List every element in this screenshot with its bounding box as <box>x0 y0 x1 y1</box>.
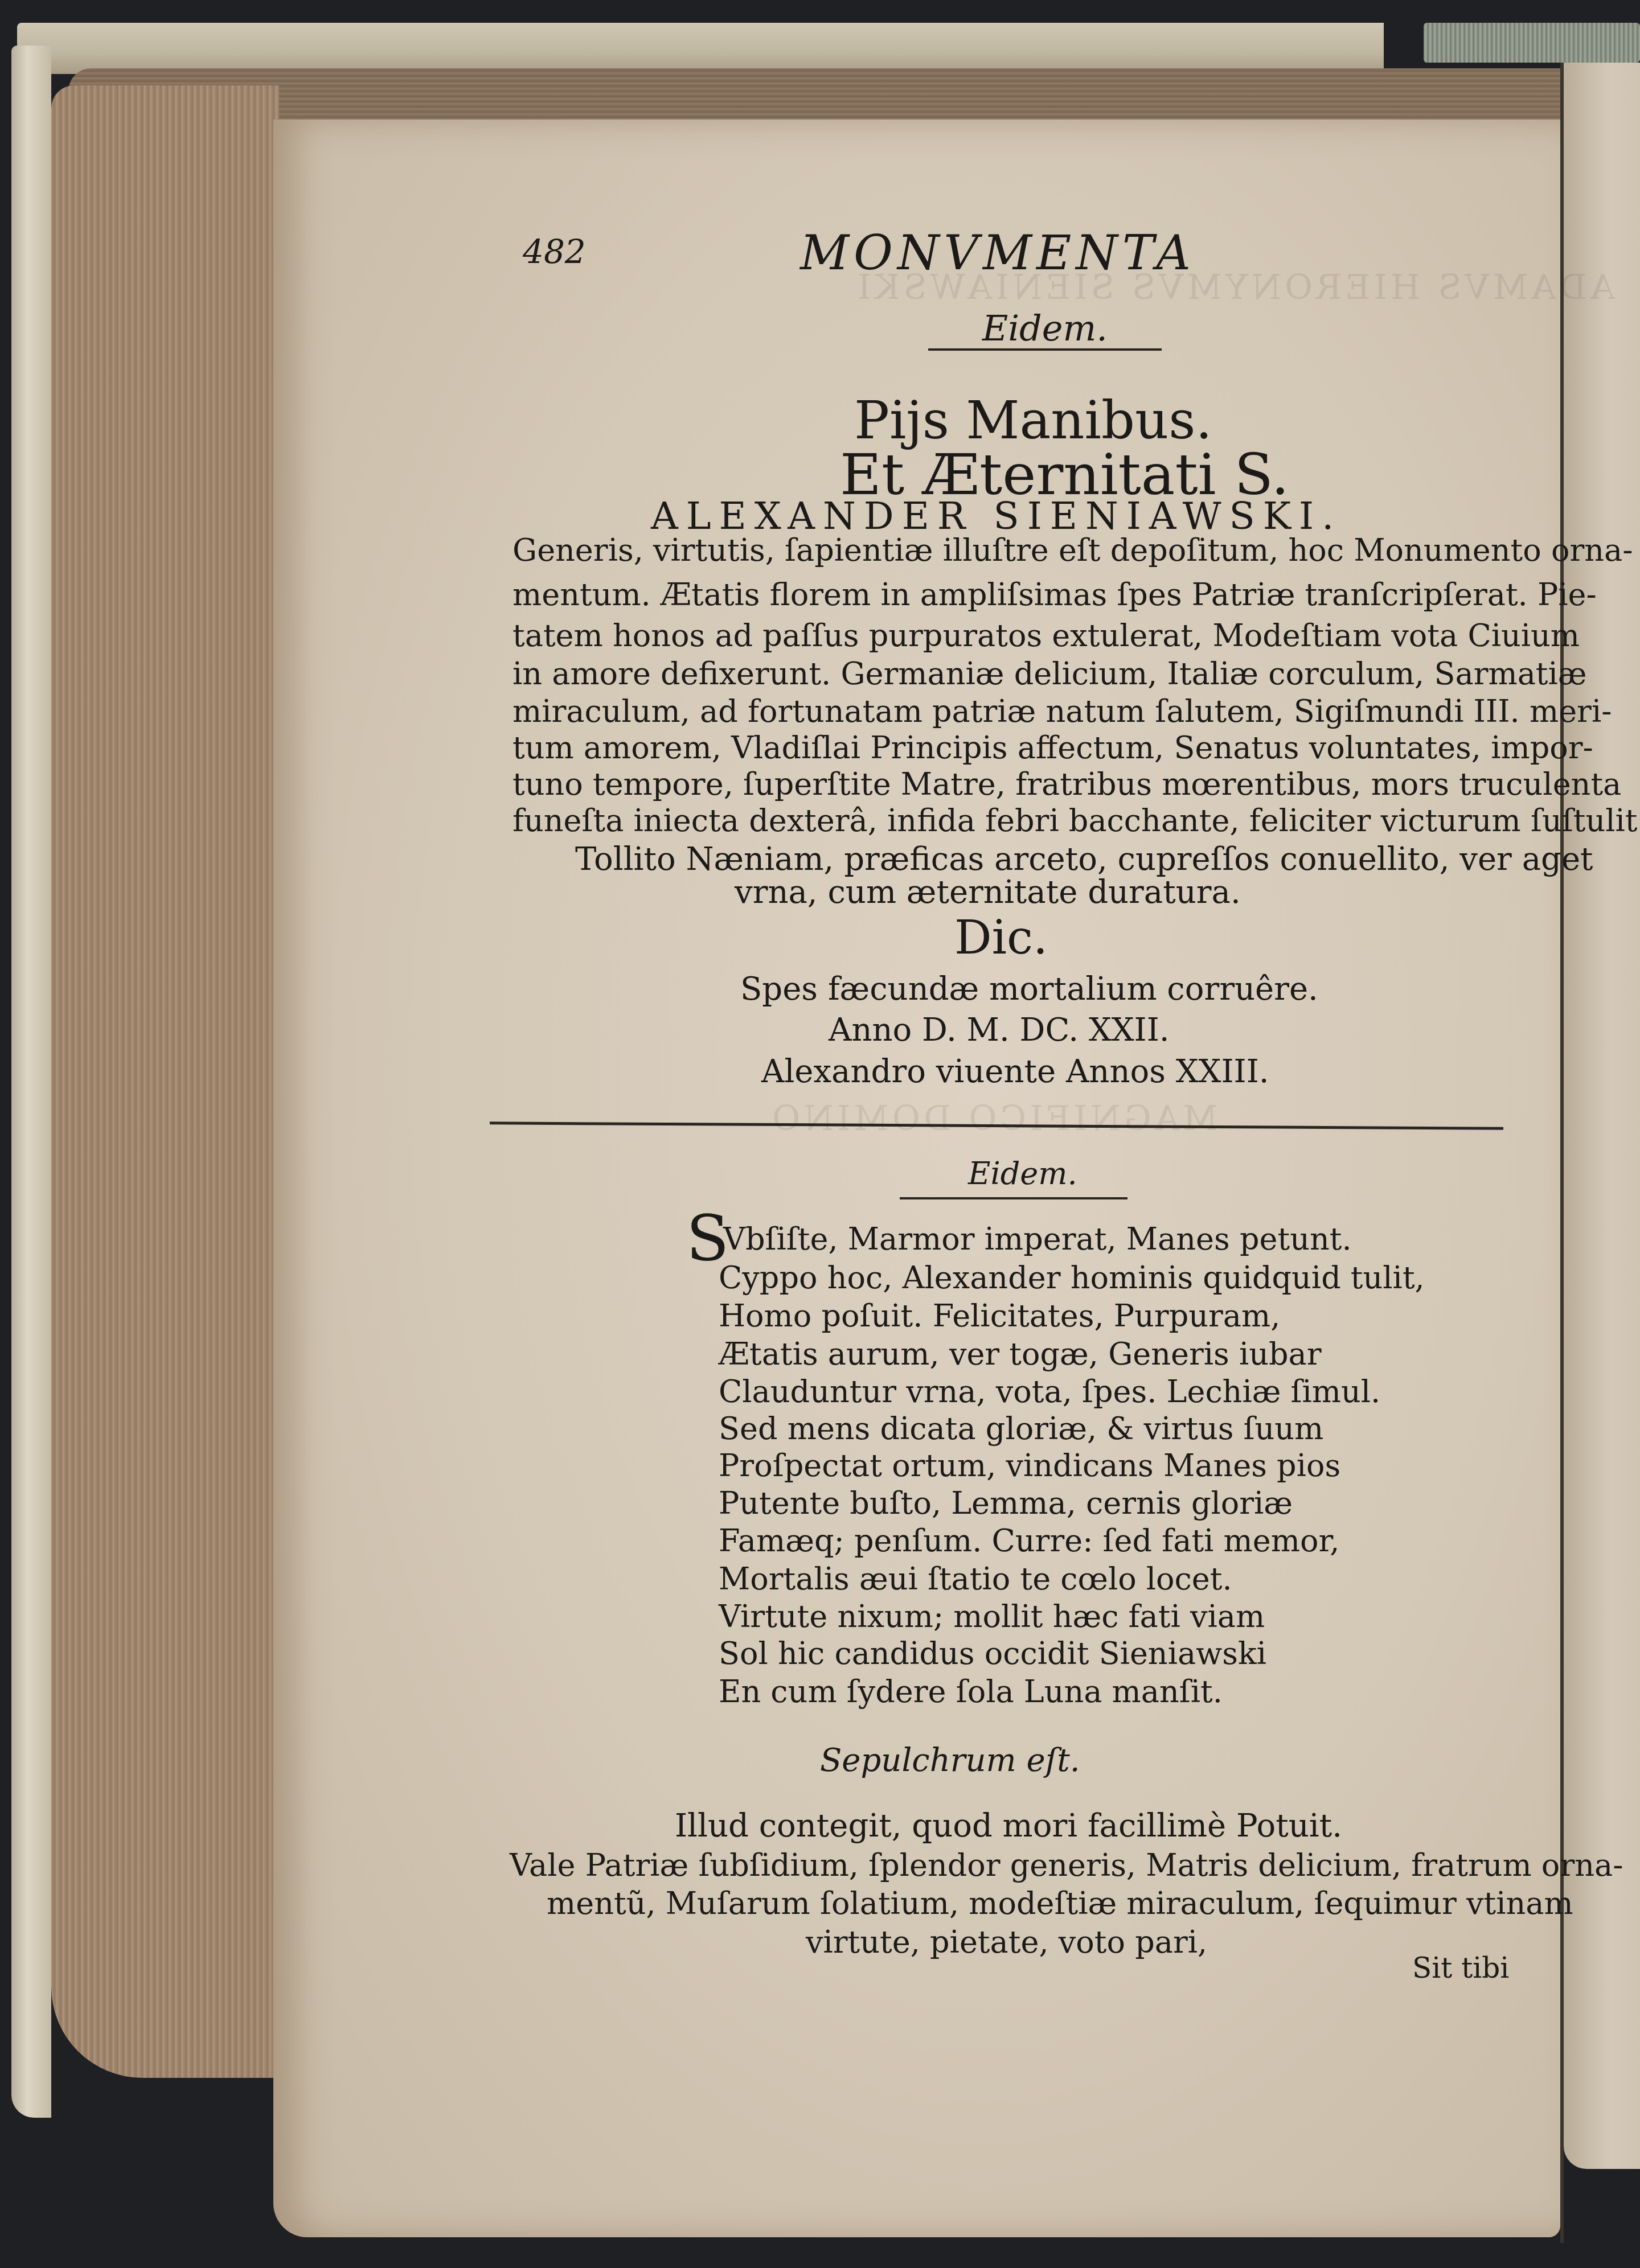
page-edges-left <box>51 85 279 2078</box>
section-heading: Eidem. <box>968 1156 1077 1191</box>
section-heading: Sepulchrum eſt. <box>820 1742 1080 1779</box>
closing-line: Spes fæcundæ mortalium corruêre. <box>740 971 1318 1008</box>
verse-line: Ætatis aurum, ver togæ, Generis iubar <box>719 1336 1322 1372</box>
prose-line: mentum. Ætatis florem in ampliſsimas ſpe… <box>512 577 1597 613</box>
verse-line: Mortalis æui ſtatio te cœlo locet. <box>719 1561 1232 1597</box>
verse-line: Cyppo hoc, Alexander hominis quidquid tu… <box>719 1260 1425 1296</box>
verse-line: Clauduntur vrna, vota, ſpes. Lechiæ ſimu… <box>719 1374 1380 1410</box>
vellum-cover-top <box>17 23 1384 74</box>
closing-line: Anno D. M. DC. XXII. <box>829 1012 1170 1049</box>
show-through-text: MAGNIFICO DOMINO <box>769 1099 1218 1139</box>
verse-line: En cum ſydere ſola Luna manſit. <box>719 1674 1223 1710</box>
vellum-cover-spine-edge <box>11 46 51 2118</box>
prose-line: Vale Patriæ ſubſidium, ſplendor generis,… <box>510 1847 1623 1883</box>
verse-line: Famæq; penſum. Curre: ſed fati memor, <box>719 1523 1339 1559</box>
page-edges-top <box>68 68 1606 125</box>
section-heading: Eidem. <box>982 307 1108 349</box>
prose-line: in amore defixerunt. Germaniæ delicium, … <box>512 656 1587 692</box>
verse-line: Putente buſto, Lemma, cernis gloriæ <box>719 1485 1293 1521</box>
heading-rule <box>900 1197 1127 1199</box>
verse-line: Sed mens dicata gloriæ, & virtus ſuum <box>719 1411 1323 1447</box>
page-number: 482 <box>523 232 586 271</box>
closing-line: Alexandro viuente Annos XXIII. <box>761 1053 1269 1090</box>
running-head: MONVMENTA <box>800 225 1195 281</box>
prose-line: Illud contegit, quod mori facillimè Potu… <box>675 1807 1342 1844</box>
verse-line: Sol hic candidus occidit Sieniawski <box>719 1636 1266 1671</box>
heading-rule <box>928 348 1162 351</box>
centered-line: vrna, cum æternitate duratura. <box>735 874 1241 911</box>
prose-line: mentũ, Muſarum ſolatium, modeſtiæ miracu… <box>547 1885 1573 1921</box>
prose-line: tum amorem, Vladiſlai Principis affectum… <box>512 730 1593 766</box>
prose-line: tuno tempore, ſuperſtite Matre, fratribu… <box>512 766 1621 802</box>
prose-line: tatem honos ad paſſus purpuratos extuler… <box>512 618 1580 654</box>
headband <box>1424 23 1640 63</box>
prose-line: Generis, virtutis, ſapientiæ illuſtre eſ… <box>512 532 1633 568</box>
verse-line: Proſpectat ortum, vindicans Manes pios <box>719 1448 1340 1484</box>
catchword: Sit tibi <box>1412 1951 1509 1984</box>
centered-line: Tollito Næniam, præficas arceto, cupreſſ… <box>575 841 1593 878</box>
prose-line: funeſta iniecta dexterâ, infida febri ba… <box>512 803 1640 839</box>
honoree-name: ALEXANDER SIENIAWSKI. <box>651 494 1342 538</box>
dic-heading: Dic. <box>954 911 1048 965</box>
verse-line: Vbſiſte, Marmor imperat, Manes petunt. <box>723 1221 1352 1257</box>
prose-line: virtute, pietate, voto pari, <box>806 1924 1207 1960</box>
verse-line: Virtute nixum; mollit hæc fati viam <box>719 1599 1265 1634</box>
prose-line: miraculum, ad fortunatam patriæ natum ſa… <box>512 693 1612 729</box>
verse-line: Homo poſuit. Felicitates, Purpuram, <box>719 1298 1280 1334</box>
